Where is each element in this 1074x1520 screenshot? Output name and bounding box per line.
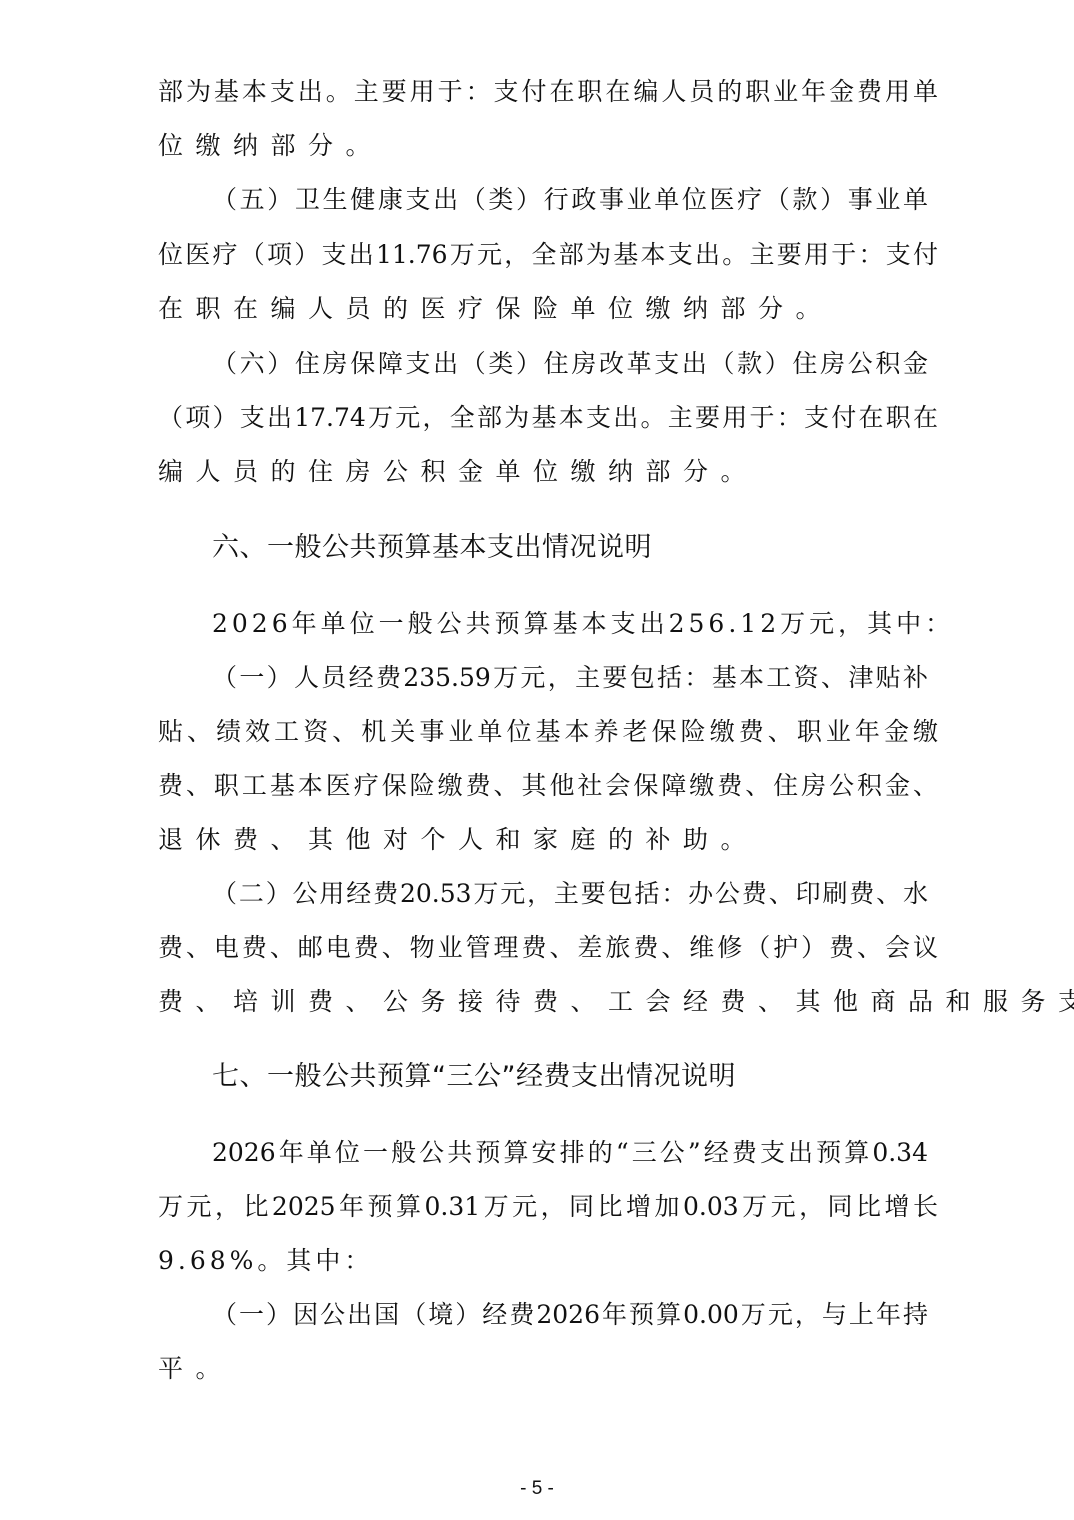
paragraph-line: 费、职工基本医疗保险缴费、其他社会保障缴费、住房公积金、 [158,766,938,806]
paragraph-line: （项）支出17.74万元，全部为基本支出。主要用于：支付在职在 [158,398,938,438]
paragraph-line: 费、电费、邮电费、物业管理费、差旅费、维修（护）费、会议 [158,928,938,968]
section-heading-6: 六、一般公共预算基本支出情况说明 [212,526,652,570]
paragraph-line: （一）因公出国（境）经费2026年预算0.00万元，与上年持 [212,1295,928,1335]
paragraph-line: 费、培训费、公务接待费、工会经费、其他商品和服务支出。 [158,982,938,1022]
paragraph-line: 贴、绩效工资、机关事业单位基本养老保险缴费、职业年金缴 [158,712,938,752]
paragraph-line: 退休费、其他对个人和家庭的补助。 [158,820,938,860]
paragraph-line: 编人员的住房公积金单位缴纳部分。 [158,452,938,492]
paragraph-line: （一）人员经费235.59万元，主要包括：基本工资、津贴补 [212,658,928,698]
section-heading-7: 七、一般公共预算“三公”经费支出情况说明 [212,1055,736,1099]
paragraph-line: （五）卫生健康支出（类）行政事业单位医疗（款）事业单 [212,180,928,220]
paragraph-line: 位缴纳部分。 [158,126,938,166]
paragraph-line: 部为基本支出。主要用于：支付在职在编人员的职业年金费用单 [158,72,938,112]
paragraph-line: 位医疗（项）支出11.76万元，全部为基本支出。主要用于：支付 [158,235,938,275]
paragraph-line: （二）公用经费20.53万元，主要包括：办公费、印刷费、水 [212,874,928,914]
paragraph-line: 在职在编人员的医疗保险单位缴纳部分。 [158,289,938,329]
paragraph-line: 平。 [158,1349,938,1389]
document-page: 部为基本支出。主要用于：支付在职在编人员的职业年金费用单 位缴纳部分。 （五）卫… [0,0,1074,1520]
paragraph-line: 9.68%。其中： [158,1241,938,1281]
paragraph-line: 万元，比2025年预算0.31万元，同比增加0.03万元，同比增长 [158,1187,938,1227]
page-number: - 5 - [0,1478,1074,1500]
paragraph-line: 2026年单位一般公共预算基本支出256.12万元，其中： [212,604,992,644]
paragraph-line: 2026年单位一般公共预算安排的“三公”经费支出预算0.34 [212,1133,928,1173]
paragraph-line: （六）住房保障支出（类）住房改革支出（款）住房公积金 [212,344,928,384]
